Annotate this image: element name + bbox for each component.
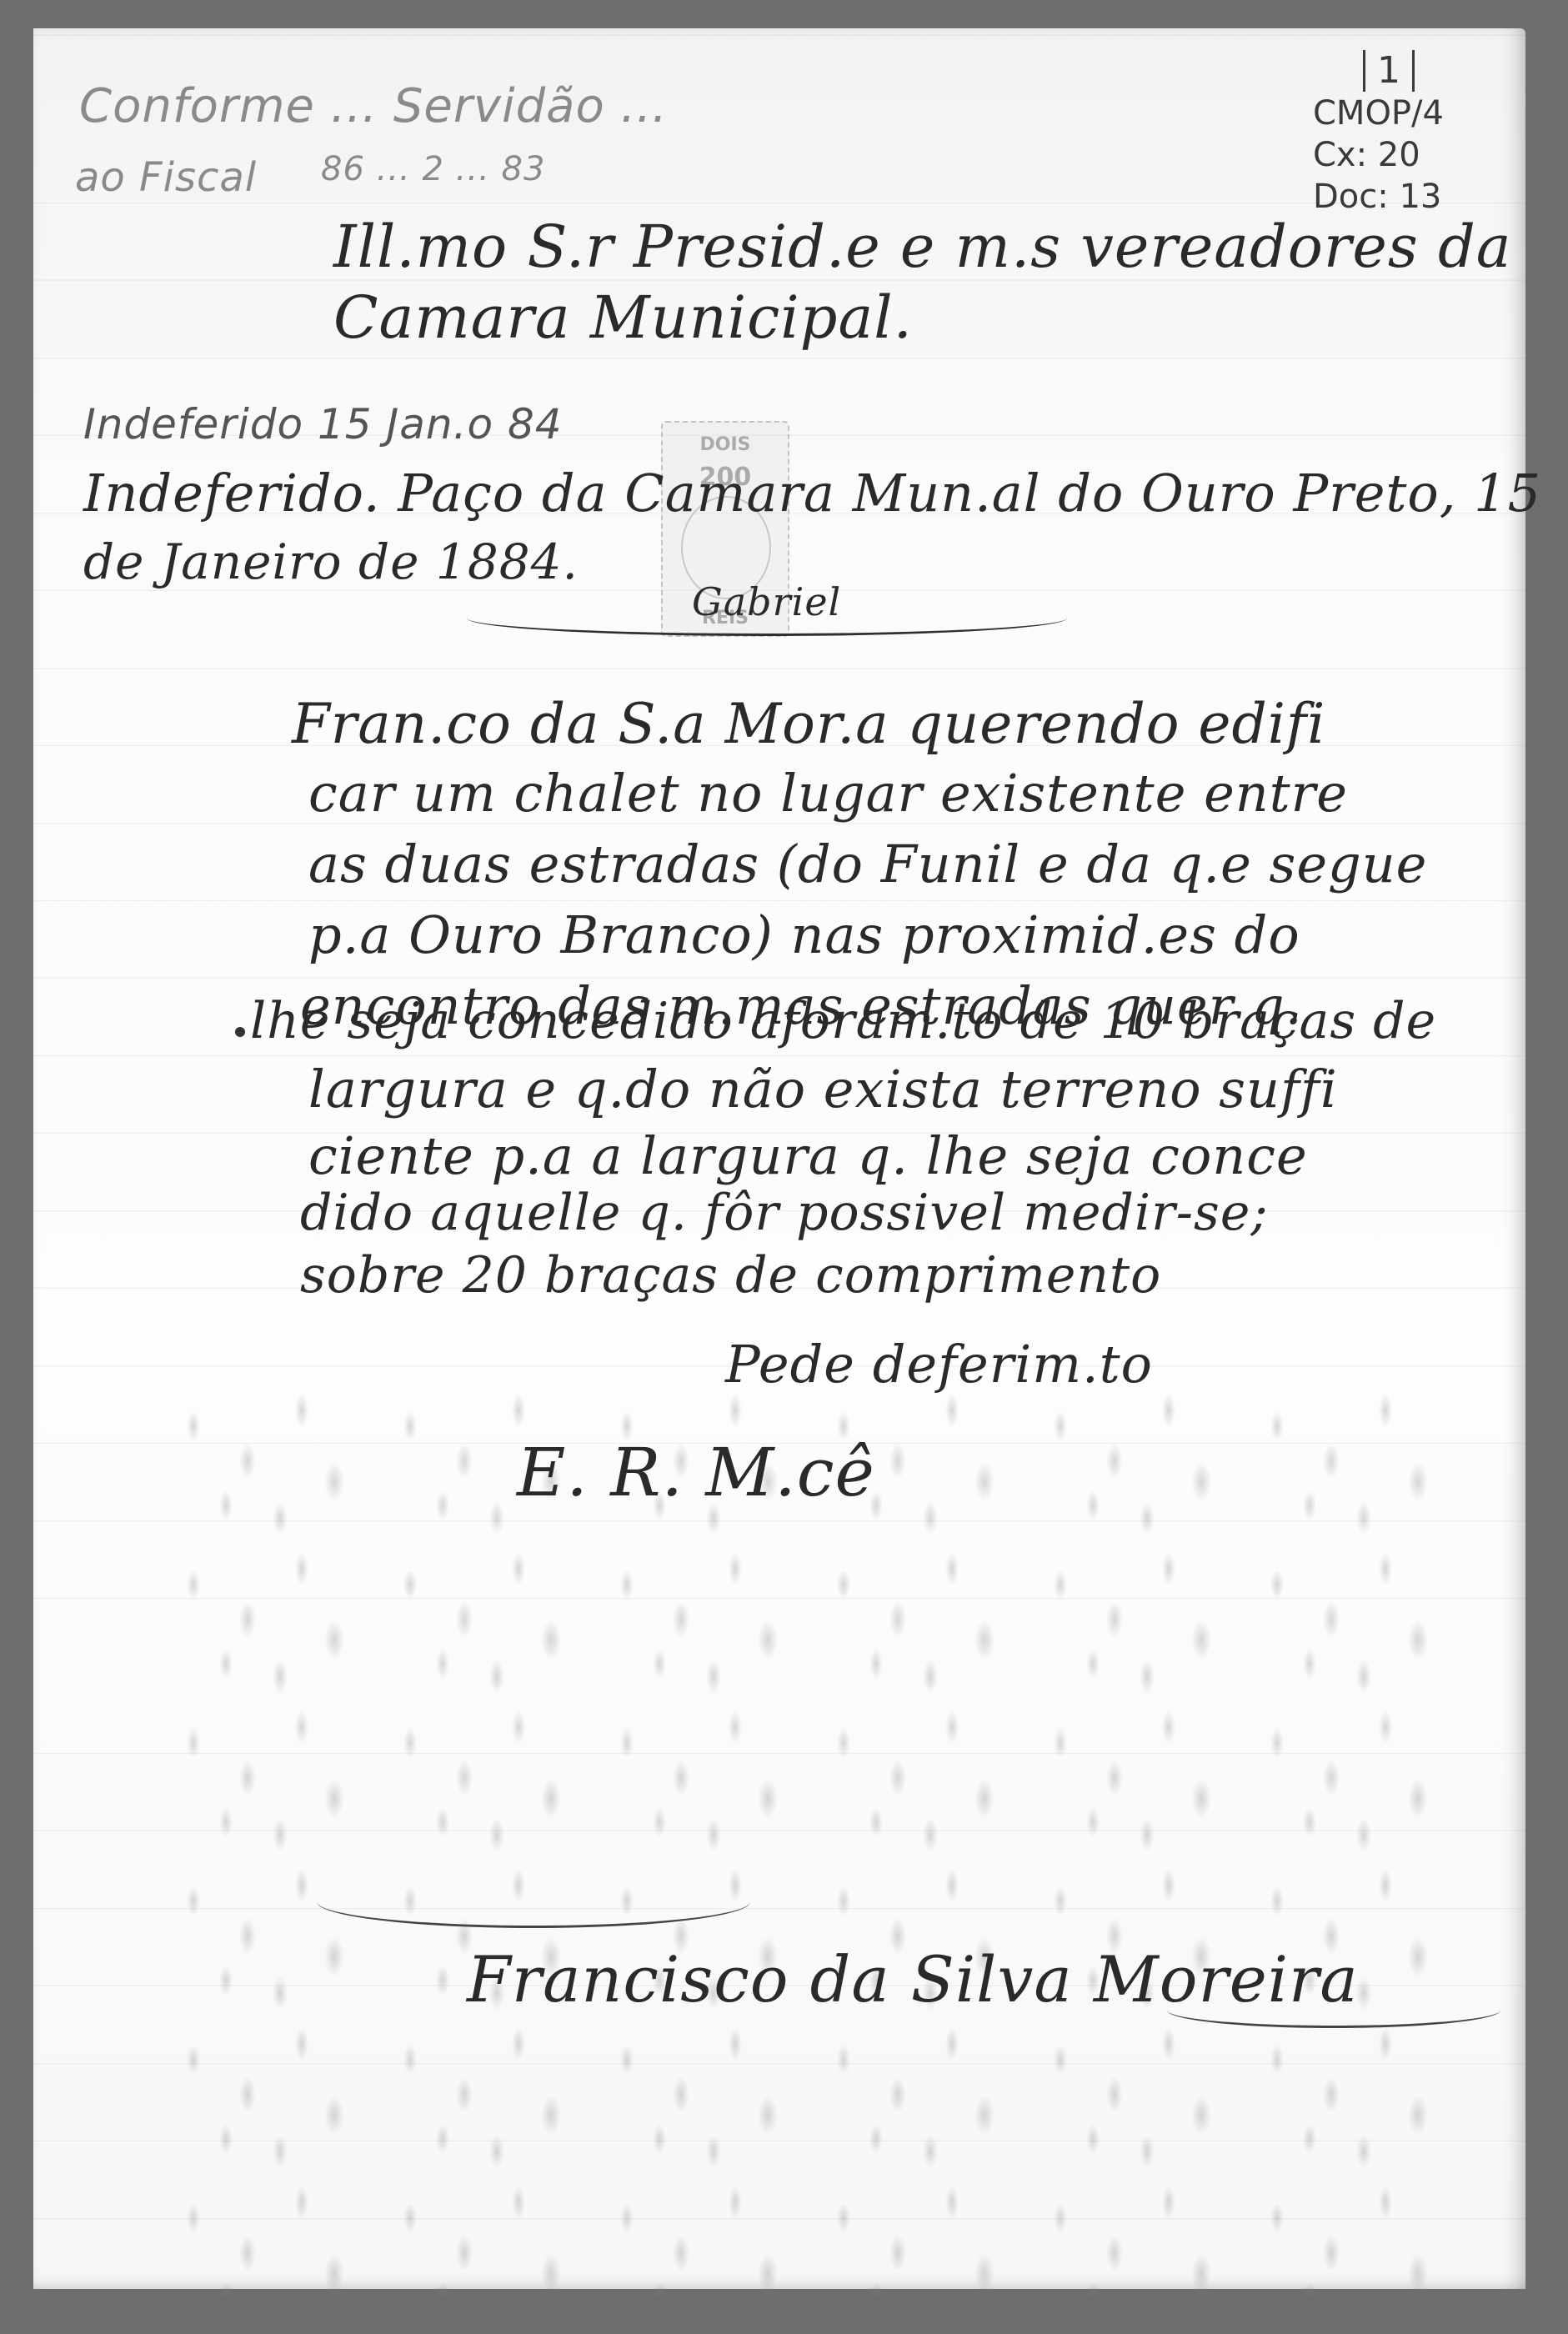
closing-line2: E. R. M.cê [517, 1434, 875, 1511]
stamp-top-text: DOIS [663, 434, 788, 455]
body-line: lhe seja concedido aforam.to de 10 braça… [250, 992, 1436, 1050]
salutation-line1: Ill.mo S.r Presid.e e m.s vereadores da [333, 213, 1512, 281]
body-line: sobre 20 braças de comprimento [300, 1246, 1161, 1305]
collection-code: CMOP/4 [1313, 93, 1496, 134]
doc-number: Doc: 13 [1313, 176, 1496, 218]
body-line: dido aquelle q. fôr possivel medir-se; [300, 1184, 1269, 1242]
dispatch-line2: de Janeiro de 1884. [83, 533, 579, 590]
archive-label: 1 CMOP/4 Cx: 20 Doc: 13 [1313, 50, 1496, 218]
body-line: car um chalet no lugar existente entre [308, 763, 1348, 824]
box-number: Cx: 20 [1313, 134, 1496, 176]
ink-bleed-through [150, 1379, 1484, 2296]
closing-line1: Pede deferim.to [725, 1334, 1153, 1395]
pencil-annotation-line1: Conforme ... Servidão ... [79, 79, 668, 133]
body-line: as duas estradas (do Funil e da q.e segu… [308, 834, 1427, 894]
signature-flourish-top [317, 1876, 750, 1928]
folio-number: 1 [1363, 50, 1415, 92]
salutation-line2: Camara Municipal. [333, 283, 913, 352]
body-line: p.a Ouro Branco) nas proximid.es do [308, 904, 1300, 965]
pencil-annotation-numbers: 86 ... 2 ... 83 [321, 150, 545, 188]
body-line: Fran.co da S.a Mor.a querendo edifi [292, 692, 1325, 756]
body-line: ciente p.a a largura q. lhe seja conce [308, 1125, 1308, 1186]
dispatch-underline-flourish [467, 600, 1067, 636]
margin-dot [235, 1027, 245, 1037]
body-line: largura e q.do não exista terreno suffi [308, 1059, 1338, 1119]
dispatch-margin-note: Indeferido 15 Jan.o 84 [83, 400, 563, 448]
signature-flourish-bottom [1167, 1992, 1500, 2028]
dispatch-line1: Indeferido. Paço da Camara Mun.al do Our… [83, 463, 1541, 523]
pencil-annotation-line2: ao Fiscal [75, 154, 257, 201]
